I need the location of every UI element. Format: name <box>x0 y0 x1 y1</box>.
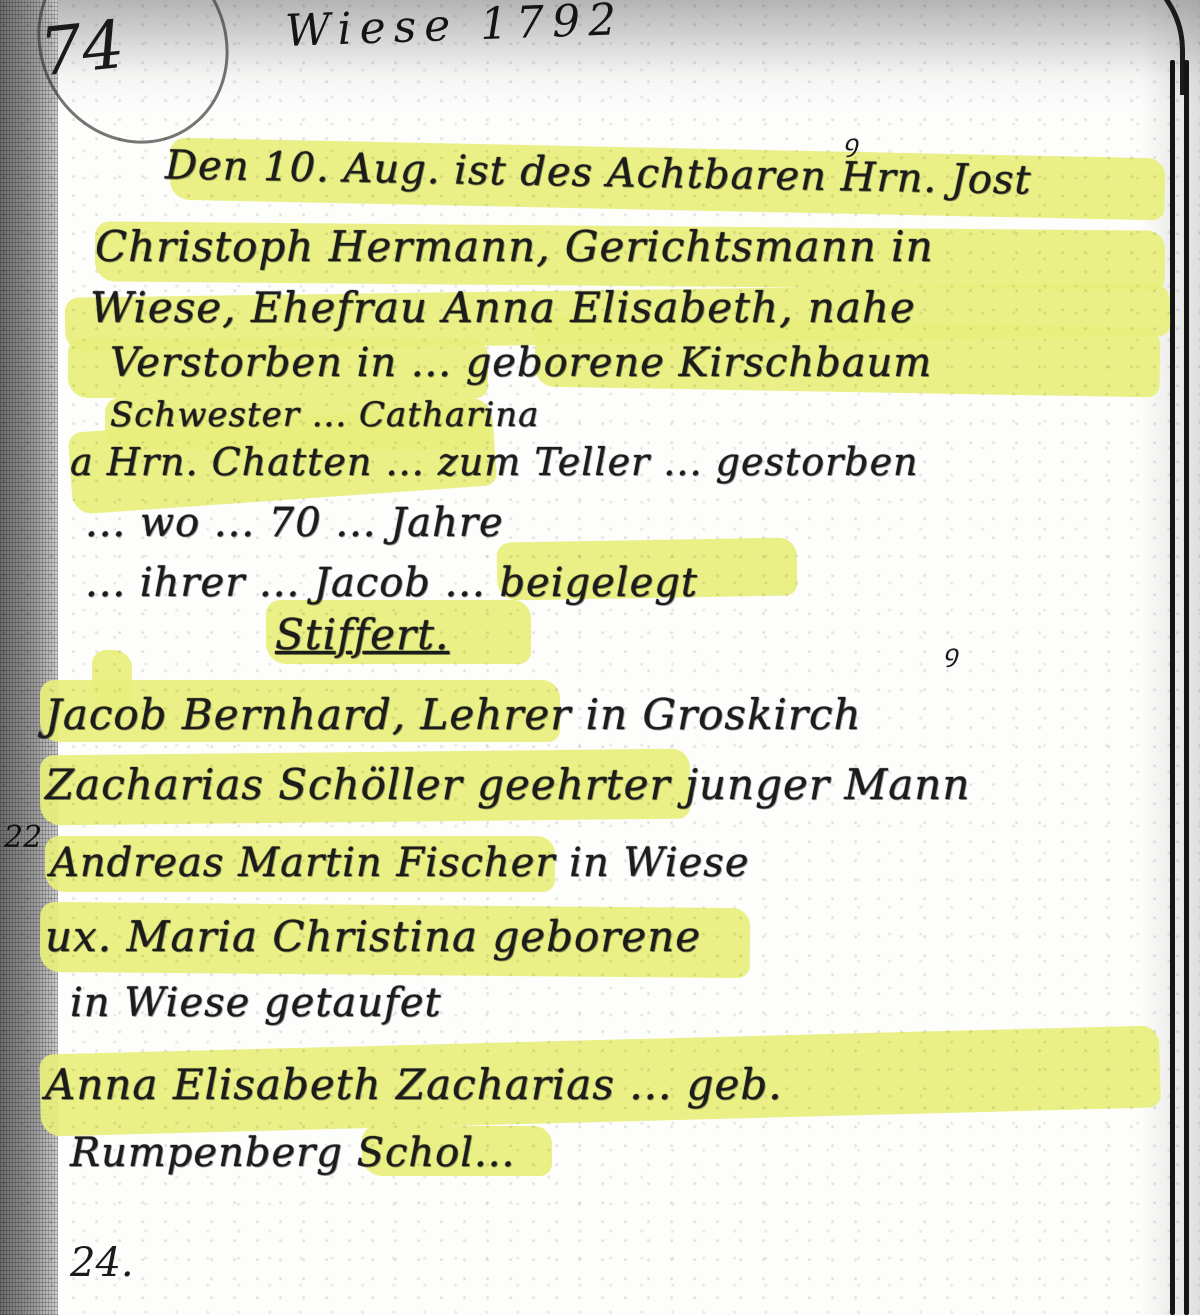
entry-line: Schwester ... Catharina <box>110 395 539 435</box>
entry-line: Rumpenberg Schol... <box>70 1130 515 1176</box>
entry-line: Wiese, Ehefrau Anna Elisabeth, nahe <box>90 283 916 332</box>
entry-line: ... ihrer ... Jacob ... beigelegt <box>85 560 698 606</box>
entry-line: Jacob Bernhard, Lehrer in Groskirch <box>45 690 862 739</box>
ruled-line-right-inner <box>1170 60 1175 1315</box>
next-entry-number: 24. <box>70 1240 134 1286</box>
entry-line: Christoph Hermann, Gerichtsmann in <box>95 222 934 271</box>
entry-line: Zacharias Schöller geehrter junger Mann <box>45 760 970 809</box>
entry-line: a Hrn. Chatten ... zum Teller ... gestor… <box>70 440 919 484</box>
entry-line: Anna Elisabeth Zacharias ... geb. <box>45 1060 783 1109</box>
entry-line: ux. Maria Christina geborene <box>45 912 701 961</box>
entry-line: Andreas Martin Fischer in Wiese <box>50 840 750 886</box>
folio-number: 74 <box>36 6 128 91</box>
entry-line: in Wiese getaufet <box>70 980 442 1026</box>
entry-marker: ꝰ <box>940 630 955 685</box>
entry-line: Stiffert. <box>275 610 449 659</box>
entry-line: Verstorben in ... geborene Kirschbaum <box>110 340 932 386</box>
margin-note: 22 <box>4 820 42 855</box>
document-page: 74 Wiese 1792 ꝰ Den 10. Aug. ist des Ach… <box>0 0 1200 1315</box>
ruled-line-right-outer <box>1184 60 1189 1315</box>
entry-line: ... wo ... 70 ... Jahre <box>85 500 504 546</box>
